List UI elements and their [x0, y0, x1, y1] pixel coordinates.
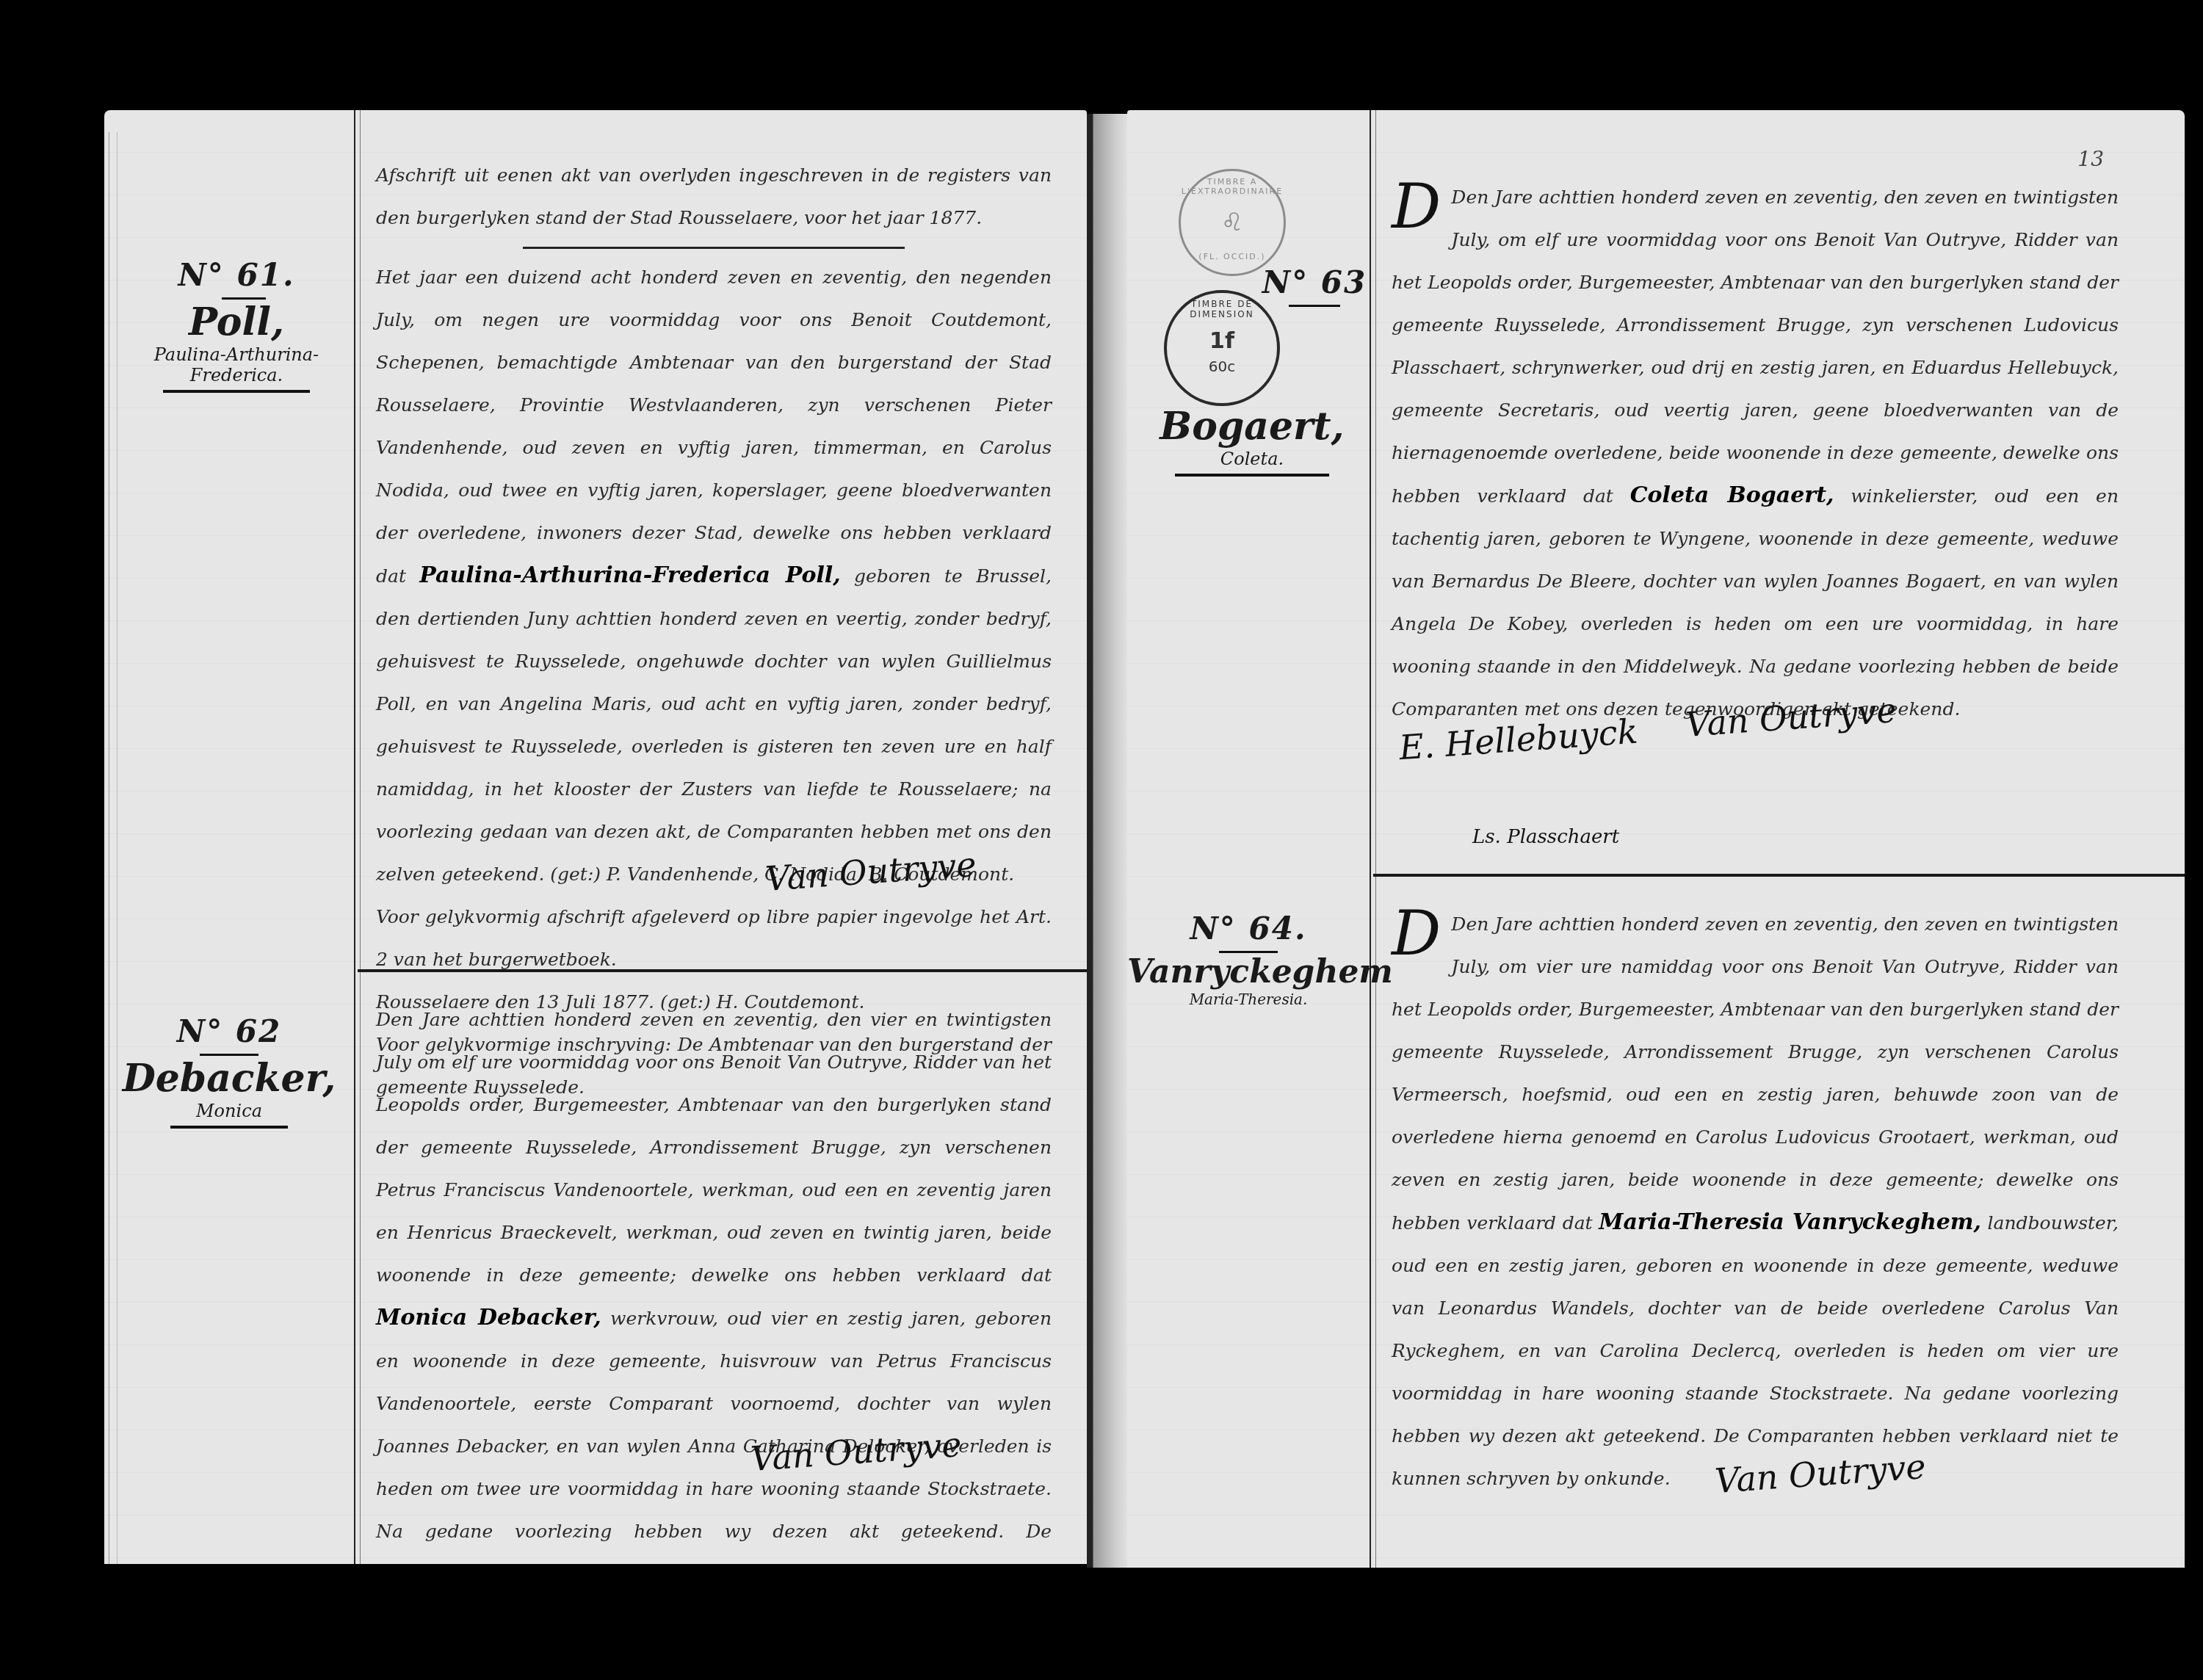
given-names: Paulina-Arthurina-Frederica. [119, 344, 354, 385]
entry-label-64: N° 64. Vanryckeghem Maria-Theresia. [1127, 910, 1370, 1008]
paragraph: DDen Jare achttien honderd zeven en zeve… [1392, 903, 2119, 1500]
entry-label-63-number: N° 63 [1259, 264, 1370, 307]
underline [1175, 474, 1329, 477]
book-gutter [1087, 114, 1127, 1568]
drop-cap: D [1392, 908, 1441, 959]
given-names: Maria-Theresia. [1127, 991, 1370, 1008]
margin-rule [1370, 110, 1376, 1568]
entry-label-61: N° 61. Poll, Paulina-Arthurina-Frederica… [119, 257, 354, 393]
given-names: Coleta. [1220, 449, 1284, 469]
underline [163, 390, 310, 393]
drop-cap: D [1392, 181, 1441, 232]
entry-body-61: Afschrift uit eenen akt van overlyden in… [376, 154, 1052, 1109]
given-names: Monica [196, 1101, 262, 1121]
surname: Vanryckeghem [1127, 953, 1370, 991]
timbre-extraordinaire-stamp: TIMBRE A L'EXTRAORDINAIRE ♌ (FL. OCCID.) [1179, 169, 1286, 276]
underline [1289, 305, 1340, 307]
paragraph: Het jaar een duizend acht honderd zeven … [376, 256, 1052, 896]
timbre-dimension-stamp: TIMBRE DE DIMENSION 1f 60c [1164, 290, 1280, 406]
entry-label-62: N° 62 Debacker, Monica [104, 1013, 354, 1129]
paragraph: Den Jare achttien honderd zeven en zeven… [376, 999, 1052, 1564]
lion-icon: ♌ [1181, 208, 1284, 237]
entry-divider [1373, 874, 2185, 877]
act-number: N° 63 [1259, 264, 1370, 300]
surname: Debacker, [123, 1056, 336, 1101]
deceased-name: Paulina-Arthurina-Frederica Poll, [419, 562, 840, 588]
right-page: 13 TIMBRE A L'EXTRAORDINAIRE ♌ (FL. OCCI… [1127, 110, 2185, 1568]
entry-divider [358, 969, 1087, 972]
left-page: N° 61. Poll, Paulina-Arthurina-Frederica… [104, 110, 1087, 1564]
page-number: 13 [2077, 147, 2104, 171]
entry-label-63: Bogaert, Coleta. [1135, 404, 1370, 477]
signature-plasschaert: Ls. Plasschaert [1472, 826, 1619, 848]
page-edge [109, 132, 117, 1564]
certification-line: Voor gelykvormig afschrift afgeleverd op… [376, 896, 1052, 981]
underline [170, 1126, 288, 1129]
entry-body-64: DDen Jare achttien honderd zeven en zeve… [1392, 903, 2119, 1500]
surname: Bogaert, [1160, 404, 1344, 449]
surname: Poll, [189, 300, 284, 344]
deceased-name: Maria-Theresia Vanryckeghem, [1599, 1209, 1981, 1235]
deceased-name: Coleta Bogaert, [1630, 482, 1834, 508]
act-number: N° 61. [119, 257, 354, 293]
entry-body-63: DDen Jare achttien honderd zeven en zeve… [1392, 176, 2119, 731]
act-number: N° 62 [104, 1013, 354, 1049]
margin-rule [354, 110, 361, 1564]
header-text: Afschrift uit eenen akt van overlyden in… [376, 154, 1052, 239]
entry-body-62: Den Jare achttien honderd zeven en zeven… [376, 999, 1052, 1564]
paragraph: DDen Jare achttien honderd zeven en zeve… [1392, 176, 2119, 731]
divider [523, 247, 905, 249]
act-number: N° 64. [1127, 910, 1370, 946]
deceased-name: Monica Debacker, [376, 1305, 601, 1330]
